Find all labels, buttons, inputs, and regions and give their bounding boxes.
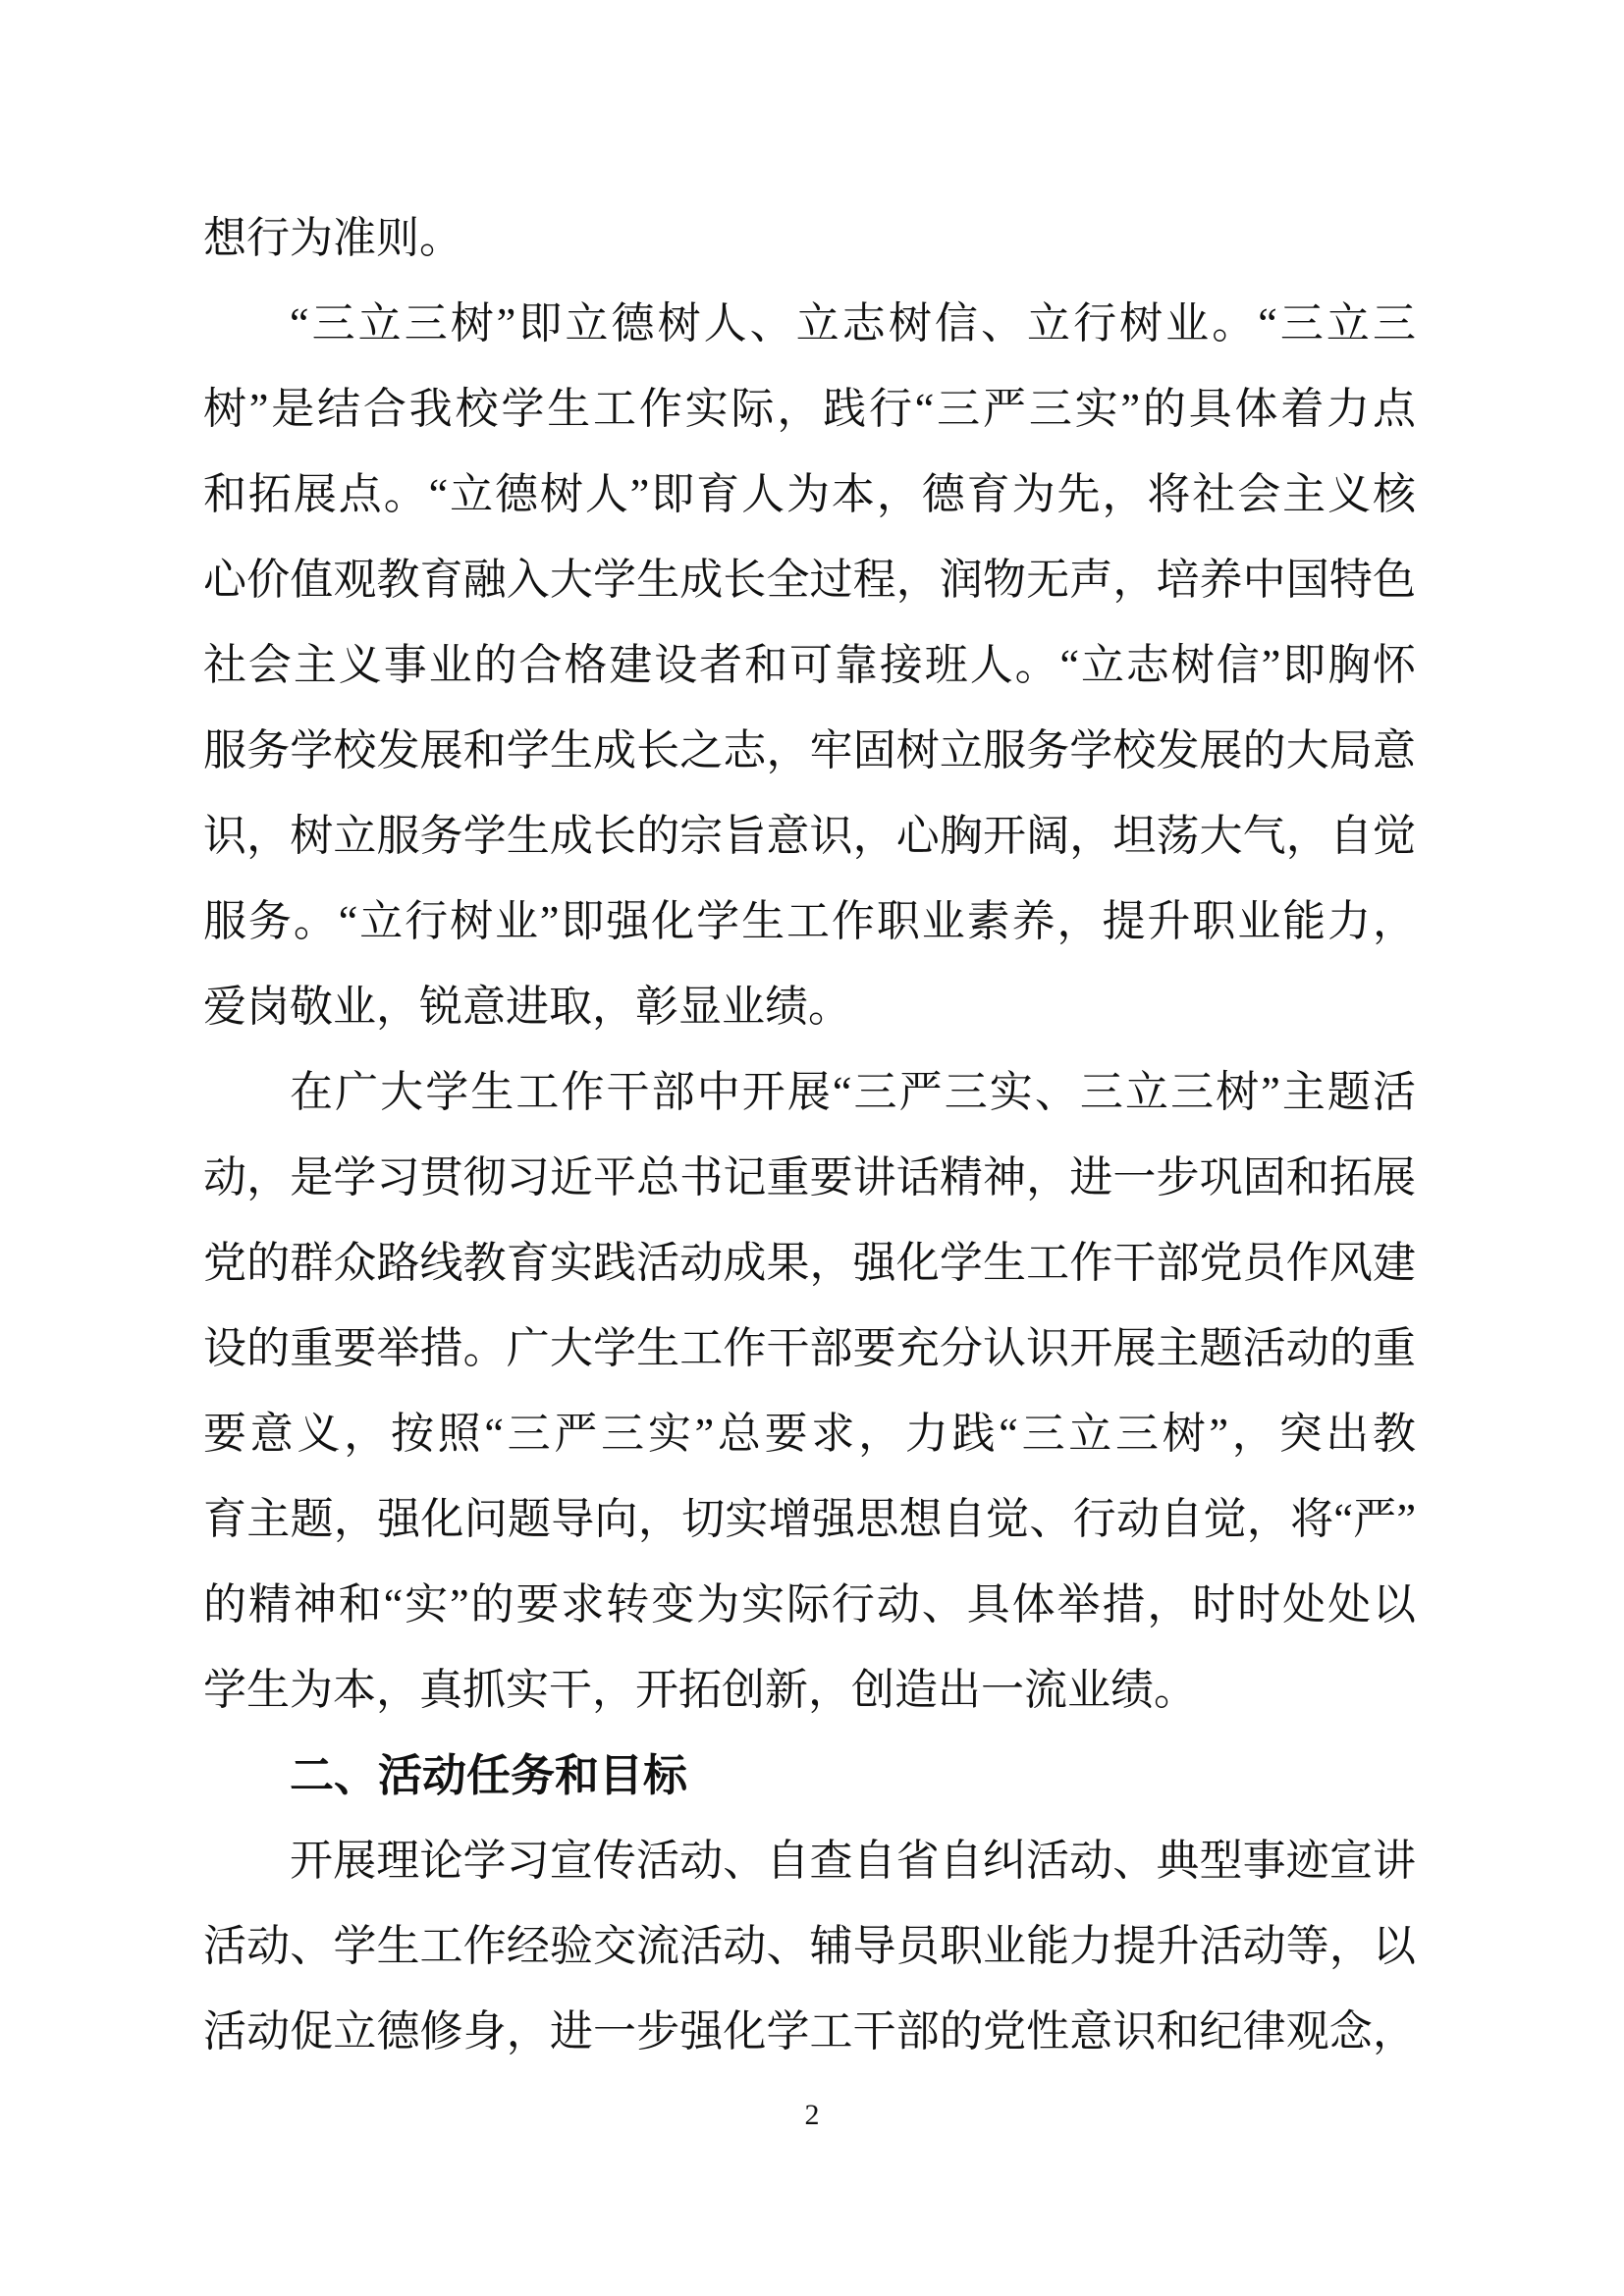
text-line: 的精神和“实”的要求转变为实际行动、具体举措，时时处处以 bbox=[203, 1562, 1416, 1647]
page-number: 2 bbox=[0, 2094, 1624, 2137]
text-line: 识，树立服务学生成长的宗旨意识，心胸开阔，坦荡大气，自觉 bbox=[203, 793, 1416, 879]
text-line: 动，是学习贯彻习近平总书记重要讲话精神，进一步巩固和拓展 bbox=[203, 1135, 1416, 1220]
text-line: 党的群众路线教育实践活动成果，强化学生工作干部党员作风建 bbox=[203, 1220, 1416, 1306]
document-body: 想行为准则。 “三立三树”即立德树人、立志树信、立行树业。“三立三 树”是结合我… bbox=[203, 195, 1416, 2074]
text-line: 服务。“立行树业”即强化学生工作职业素养，提升职业能力， bbox=[203, 879, 1416, 964]
text-line: 树”是结合我校学生工作实际，践行“三严三实”的具体着力点 bbox=[203, 366, 1416, 452]
text-line: 育主题，强化问题导向，切实增强思想自觉、行动自觉，将“严” bbox=[203, 1476, 1416, 1562]
text-line: 服务学校发展和学生成长之志，牢固树立服务学校发展的大局意 bbox=[203, 708, 1416, 793]
text-line: 社会主义事业的合格建设者和可靠接班人。“立志树信”即胸怀 bbox=[203, 622, 1416, 708]
text-line: 想行为准则。 bbox=[203, 195, 1416, 281]
section-heading: 二、活动任务和目标 bbox=[203, 1733, 1416, 1818]
text-line: 爱岗敬业，锐意进取，彰显业绩。 bbox=[203, 964, 1416, 1049]
text-line: 设的重要举措。广大学生工作干部要充分认识开展主题活动的重 bbox=[203, 1306, 1416, 1391]
document-page: 想行为准则。 “三立三树”即立德树人、立志树信、立行树业。“三立三 树”是结合我… bbox=[0, 0, 1624, 2296]
text-line: 开展理论学习宣传活动、自查自省自纠活动、典型事迹宣讲 bbox=[203, 1818, 1416, 1903]
text-line: 心价值观教育融入大学生成长全过程，润物无声，培养中国特色 bbox=[203, 537, 1416, 622]
text-line: 在广大学生工作干部中开展“三严三实、三立三树”主题活 bbox=[203, 1049, 1416, 1135]
text-line: 要意义，按照“三严三实”总要求，力践“三立三树”，突出教 bbox=[203, 1391, 1416, 1476]
text-line: 活动促立德修身，进一步强化学工干部的党性意识和纪律观念， bbox=[203, 1989, 1416, 2074]
text-line: 和拓展点。“立德树人”即育人为本，德育为先，将社会主义核 bbox=[203, 452, 1416, 537]
text-line: 活动、学生工作经验交流活动、辅导员职业能力提升活动等，以 bbox=[203, 1903, 1416, 1989]
text-line: 学生为本，真抓实干，开拓创新，创造出一流业绩。 bbox=[203, 1647, 1416, 1733]
text-line: “三立三树”即立德树人、立志树信、立行树业。“三立三 bbox=[203, 281, 1416, 366]
